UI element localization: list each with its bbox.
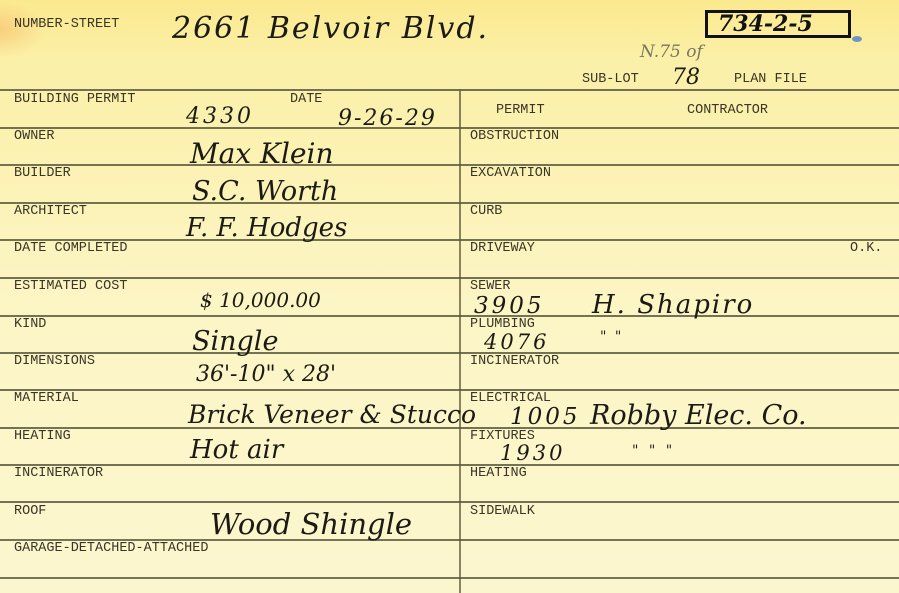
builder-label: BUILDER [14,167,71,181]
estimated-cost-value: $ 10,000.00 [200,290,321,310]
plan-file-label: PLAN FILE [734,73,807,87]
permit-column-header: PERMIT [496,104,545,118]
kind-value: Single [192,328,278,355]
excavation-label: EXCAVATION [470,167,551,181]
date-completed-label: DATE COMPLETED [14,242,127,256]
architect-label: ARCHITECT [14,205,87,219]
roof-value: Wood Shingle [210,510,412,539]
rule [0,89,899,91]
curb-label: CURB [470,205,502,219]
electrical-contractor: Robby Elec. Co. [590,402,807,429]
rule [0,202,899,204]
rule [0,315,899,317]
heating-value: Hot air [190,437,283,463]
building-permit-value: 4330 [186,106,254,128]
garage-label: GARAGE-DETACHED-ATTACHED [14,542,208,556]
sewer-label: SEWER [470,280,511,294]
material-value: Brick Veneer & Stucco [188,402,476,427]
pencil-note: N.75 of [640,44,703,61]
owner-label: OWNER [14,130,55,144]
electrical-permit-no: 1005 [510,406,581,429]
rule [0,464,899,466]
contractor-column-header: CONTRACTOR [687,104,768,118]
incinerator-label: INCINERATOR [14,467,103,481]
material-label: MATERIAL [14,392,79,406]
obstruction-label: OBSTRUCTION [470,130,559,144]
plumbing-contractor: " " [600,330,623,344]
heating-label: HEATING [14,430,71,444]
incinerator-permit-label: INCINERATOR [470,355,559,369]
owner-value: Max Klein [190,140,334,168]
architect-value: F. F. Hodges [186,215,347,241]
sewer-contractor: H. Shapiro [592,292,754,318]
rule [0,164,899,166]
kind-label: KIND [14,318,46,332]
number-street-value: 2661 Belvoir Blvd. [172,14,489,44]
sidewalk-label: SIDEWALK [470,505,535,519]
rule [0,277,899,279]
plumbing-permit-no: 4076 [484,332,549,353]
dimensions-label: DIMENSIONS [14,355,95,369]
fixtures-contractor: " " " [632,444,675,458]
number-street-label: NUMBER-STREET [14,18,119,32]
rule [0,577,899,579]
estimated-cost-label: ESTIMATED COST [14,280,127,294]
rule [0,501,899,503]
rule [0,127,899,129]
driveway-label: DRIVEWAY [470,242,535,256]
rule [0,352,899,354]
date-label: DATE [290,93,322,107]
fixtures-permit-no: 1930 [500,443,565,464]
permit-card: NUMBER-STREET 2661 Belvoir Blvd. 734-2-5… [0,0,899,593]
sub-lot-label: SUB-LOT [582,73,639,87]
sewer-permit-no: 3905 [474,295,545,318]
dimensions-value: 36'-10" x 28' [196,364,336,386]
builder-value: S.C. Worth [192,178,338,205]
sub-lot-value: 78 [672,67,700,89]
roof-label: ROOF [14,505,46,519]
heating-permit-label: HEATING [470,467,527,481]
ink-mark [852,36,862,42]
building-permit-label: BUILDING PERMIT [14,93,136,107]
rule [0,239,899,241]
rule [0,389,899,391]
driveway-note: O.K. [850,242,882,256]
file-number-stamp: 734-2-5 [705,10,851,38]
